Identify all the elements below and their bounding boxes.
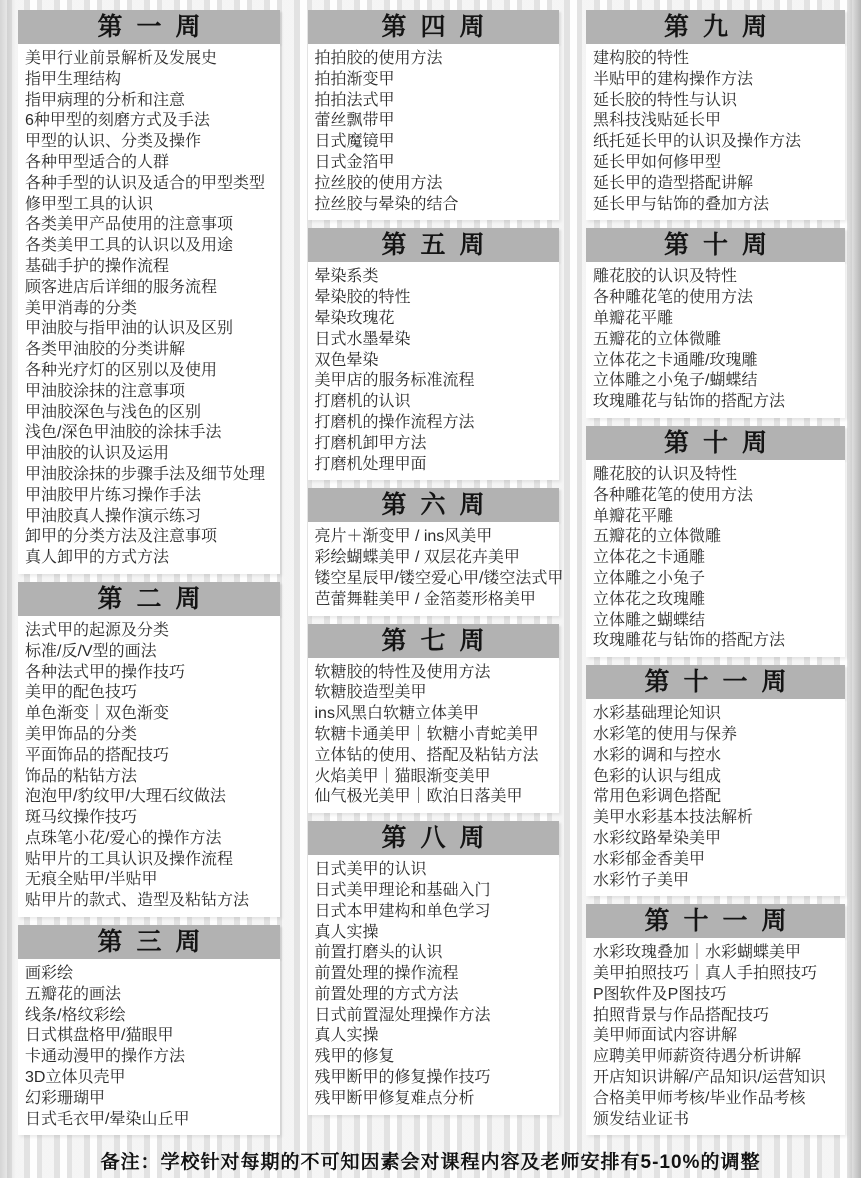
course-item: 真人卸甲的方式方法 [25,548,280,569]
course-item: 贴甲片的款式、造型及粘钻方法 [25,891,280,912]
course-item: 立体雕之蝴蝶结 [593,611,845,632]
course-item: 芭蕾舞鞋美甲 / 金箔菱形格美甲 [315,590,559,611]
course-item: 日式毛衣甲/晕染山丘甲 [25,1110,280,1131]
week-items: 雕花胶的认识及特性各种雕花笔的使用方法单瓣花平雕五瓣花的立体微雕立体花之卡通雕立… [586,460,845,657]
course-item: 双色晕染 [315,351,559,372]
course-item: 日式金箔甲 [315,153,559,174]
week-items: 拍拍胶的使用方法拍拍渐变甲拍拍法式甲蕾丝飘带甲日式魔镜甲日式金箔甲拉丝胶的使用方… [308,44,559,220]
course-item: 立体钻的使用、搭配及粘钻方法 [315,746,559,767]
course-item: 半贴甲的建构操作方法 [593,70,845,91]
course-item: 各种雕花笔的使用方法 [593,486,845,507]
course-item: 前置处理的方式方法 [315,985,559,1006]
course-item: 延长甲与钻饰的叠加方法 [593,195,845,216]
course-item: 美甲行业前景解析及发展史 [25,49,280,70]
course-item: 晕染玫瑰花 [315,309,559,330]
course-item: 各种光疗灯的区别以及使用 [25,361,280,382]
course-item: 美甲拍照技巧｜真人手拍照技巧 [593,964,845,985]
course-item: 打磨机处理甲面 [315,455,559,476]
column: 第一周美甲行业前景解析及发展史指甲生理结构指甲病理的分析和注意6种甲型的刻磨方式… [18,10,280,1143]
course-item: 各种雕花笔的使用方法 [593,288,845,309]
course-item: 单瓣花平雕 [593,507,845,528]
course-item: 甲油胶的认识及运用 [25,444,280,465]
week-header: 第八周 [308,821,559,855]
week-header: 第九周 [586,10,845,44]
footer-note: 备注：学校针对每期的不可知因素会对课程内容及老师安排有5-10%的调整 [0,1147,861,1174]
course-item: 指甲病理的分析和注意 [25,91,280,112]
course-item: 蕾丝飘带甲 [315,111,559,132]
course-item: 斑马纹操作技巧 [25,808,280,829]
course-item: 法式甲的起源及分类 [25,621,280,642]
column: 第九周建构胶的特性半贴甲的建构操作方法延长胶的特性与认识黑科技浅贴延长甲纸托延长… [586,10,845,1143]
course-item: 各种法式甲的操作技巧 [25,663,280,684]
course-item: 晕染系类 [315,267,559,288]
course-item: 美甲师面试内容讲解 [593,1026,845,1047]
course-item: 残甲断甲的修复操作技巧 [315,1068,559,1089]
course-item: 点珠笔小花/爱心的操作方法 [25,829,280,850]
course-item: 甲油胶甲片练习操作手法 [25,486,280,507]
course-item: 建构胶的特性 [593,49,845,70]
week-header: 第十周 [586,426,845,460]
course-item: 日式魔镜甲 [315,132,559,153]
course-item: 日式棋盘格甲/猫眼甲 [25,1026,280,1047]
course-item: 水彩的调和与控水 [593,746,845,767]
course-item: 残甲的修复 [315,1047,559,1068]
column: 第四周拍拍胶的使用方法拍拍渐变甲拍拍法式甲蕾丝飘带甲日式魔镜甲日式金箔甲拉丝胶的… [308,10,559,1143]
course-item: 合格美甲师考核/毕业作品考核 [593,1089,845,1110]
course-item: 软糖胶造型美甲 [315,683,559,704]
course-item: 日式美甲的认识 [315,860,559,881]
week-section: 第九周建构胶的特性半贴甲的建构操作方法延长胶的特性与认识黑科技浅贴延长甲纸托延长… [586,10,845,220]
course-item: 甲油胶真人操作演示练习 [25,507,280,528]
course-item: 泡泡甲/豹纹甲/大理石纹做法 [25,787,280,808]
columns-container: 第一周美甲行业前景解析及发展史指甲生理结构指甲病理的分析和注意6种甲型的刻磨方式… [18,10,845,1143]
course-item: 贴甲片的工具认识及操作流程 [25,850,280,871]
course-item: 水彩郁金香美甲 [593,850,845,871]
week-section: 第十周雕花胶的认识及特性各种雕花笔的使用方法单瓣花平雕五瓣花的立体微雕立体花之卡… [586,426,845,657]
course-item: 卸甲的分类方法及注意事项 [25,527,280,548]
week-header: 第三周 [18,925,280,959]
course-item: 拍拍渐变甲 [315,70,559,91]
week-items: 美甲行业前景解析及发展史指甲生理结构指甲病理的分析和注意6种甲型的刻磨方式及手法… [18,44,280,574]
course-item: 拍拍法式甲 [315,91,559,112]
course-item: 纸托延长甲的认识及操作方法 [593,132,845,153]
course-item: 指甲生理结构 [25,70,280,91]
course-item: ins风黑白软糖立体美甲 [315,704,559,725]
week-section: 第二周法式甲的起源及分类标准/反/V型的画法各种法式甲的操作技巧美甲的配色技巧单… [18,582,280,917]
course-item: 拍照背景与作品搭配技巧 [593,1006,845,1027]
course-item: 美甲店的服务标准流程 [315,371,559,392]
course-item: 3D立体贝壳甲 [25,1068,280,1089]
course-item: 各类美甲工具的认识以及用途 [25,236,280,257]
week-section: 第八周日式美甲的认识日式美甲理论和基础入门日式本甲建构和单色学习真人实操前置打磨… [308,821,559,1115]
course-item: 水彩基础理论知识 [593,704,845,725]
course-item: 平面饰品的搭配技巧 [25,746,280,767]
course-item: 立体花之卡通雕 [593,548,845,569]
course-item: 残甲断甲修复难点分析 [315,1089,559,1110]
course-item: 水彩纹路晕染美甲 [593,829,845,850]
course-item: 甲油胶与指甲油的认识及区别 [25,319,280,340]
course-item: 玫瑰雕花与钻饰的搭配方法 [593,631,845,652]
course-item: 顾客进店后详细的服务流程 [25,278,280,299]
course-item: 拍拍胶的使用方法 [315,49,559,70]
course-item: 美甲消毒的分类 [25,299,280,320]
course-item: 雕花胶的认识及特性 [593,267,845,288]
course-item: 亮片＋渐变甲 / ins风美甲 [315,527,559,548]
course-item: 软糖卡通美甲｜软糖小青蛇美甲 [315,725,559,746]
course-item: 五瓣花的立体微雕 [593,330,845,351]
week-items: 软糖胶的特性及使用方法软糖胶造型美甲ins风黑白软糖立体美甲软糖卡通美甲｜软糖小… [308,658,559,814]
course-item: 日式水墨晕染 [315,330,559,351]
week-items: 日式美甲的认识日式美甲理论和基础入门日式本甲建构和单色学习真人实操前置打磨头的认… [308,855,559,1115]
week-items: 建构胶的特性半贴甲的建构操作方法延长胶的特性与认识黑科技浅贴延长甲纸托延长甲的认… [586,44,845,220]
course-item: 真人实操 [315,1026,559,1047]
course-item: 颁发结业证书 [593,1110,845,1131]
course-item: 各种手型的认识及适合的甲型类型 [25,174,280,195]
week-header: 第四周 [308,10,559,44]
course-item: 开店知识讲解/产品知识/运营知识 [593,1068,845,1089]
course-item: 立体花之玫瑰雕 [593,590,845,611]
week-items: 水彩玫瑰叠加｜水彩蝴蝶美甲美甲拍照技巧｜真人手拍照技巧P图软件及P图技巧拍照背景… [586,938,845,1135]
course-item: 打磨机的认识 [315,392,559,413]
week-header: 第二周 [18,582,280,616]
course-item: 仙气极光美甲｜欧泊日落美甲 [315,787,559,808]
course-item: 甲油胶深色与浅色的区别 [25,403,280,424]
week-header: 第六周 [308,488,559,522]
course-item: 甲油胶涂抹的注意事项 [25,382,280,403]
week-header: 第十周 [586,228,845,262]
course-item: 打磨机的操作流程方法 [315,413,559,434]
course-item: 立体雕之小兔子 [593,569,845,590]
week-items: 雕花胶的认识及特性各种雕花笔的使用方法单瓣花平雕五瓣花的立体微雕立体花之卡通雕/… [586,262,845,418]
course-item: 甲型的认识、分类及操作 [25,132,280,153]
course-item: 美甲的配色技巧 [25,683,280,704]
course-item: 五瓣花的立体微雕 [593,527,845,548]
week-section: 第五周晕染系类晕染胶的特性晕染玫瑰花日式水墨晕染双色晕染美甲店的服务标准流程打磨… [308,228,559,480]
course-item: 水彩竹子美甲 [593,871,845,892]
course-item: 无痕全贴甲/半贴甲 [25,870,280,891]
course-item: 日式美甲理论和基础入门 [315,881,559,902]
course-item: 各类甲油胶的分类讲解 [25,340,280,361]
course-item: 真人实操 [315,923,559,944]
course-item: 饰品的粘钻方法 [25,767,280,788]
course-item: 日式本甲建构和单色学习 [315,902,559,923]
course-schedule-page: 第一周美甲行业前景解析及发展史指甲生理结构指甲病理的分析和注意6种甲型的刻磨方式… [0,0,861,1178]
course-item: 延长甲如何修甲型 [593,153,845,174]
week-section: 第十周雕花胶的认识及特性各种雕花笔的使用方法单瓣花平雕五瓣花的立体微雕立体花之卡… [586,228,845,418]
course-item: 前置处理的操作流程 [315,964,559,985]
week-section: 第三周画彩绘五瓣花的画法线条/格纹彩绘日式棋盘格甲/猫眼甲卡通动漫甲的操作方法3… [18,925,280,1135]
course-item: 卡通动漫甲的操作方法 [25,1047,280,1068]
course-item: 彩绘蝴蝶美甲 / 双层花卉美甲 [315,548,559,569]
course-item: 五瓣花的画法 [25,985,280,1006]
course-item: 美甲水彩基本技法解析 [593,808,845,829]
course-item: 6种甲型的刻磨方式及手法 [25,111,280,132]
week-section: 第一周美甲行业前景解析及发展史指甲生理结构指甲病理的分析和注意6种甲型的刻磨方式… [18,10,280,574]
course-item: 美甲饰品的分类 [25,725,280,746]
course-item: 前置打磨头的认识 [315,943,559,964]
course-item: 画彩绘 [25,964,280,985]
course-item: 各类美甲产品使用的注意事项 [25,215,280,236]
course-item: 标准/反/V型的画法 [25,642,280,663]
course-item: 晕染胶的特性 [315,288,559,309]
week-items: 晕染系类晕染胶的特性晕染玫瑰花日式水墨晕染双色晕染美甲店的服务标准流程打磨机的认… [308,262,559,480]
course-item: 色彩的认识与组成 [593,767,845,788]
course-item: 线条/格纹彩绘 [25,1006,280,1027]
week-header: 第七周 [308,624,559,658]
course-item: 各种甲型适合的人群 [25,153,280,174]
week-section: 第十一周水彩玫瑰叠加｜水彩蝴蝶美甲美甲拍照技巧｜真人手拍照技巧P图软件及P图技巧… [586,904,845,1135]
course-item: 单色渐变｜双色渐变 [25,704,280,725]
course-item: 立体雕之小兔子/蝴蝶结 [593,371,845,392]
course-item: 拉丝胶与晕染的结合 [315,195,559,216]
course-item: 日式前置湿处理操作方法 [315,1006,559,1027]
course-item: 延长甲的造型搭配讲解 [593,174,845,195]
week-items: 法式甲的起源及分类标准/反/V型的画法各种法式甲的操作技巧美甲的配色技巧单色渐变… [18,616,280,917]
course-item: 火焰美甲｜猫眼渐变美甲 [315,767,559,788]
course-item: 幻彩珊瑚甲 [25,1089,280,1110]
course-item: 水彩玫瑰叠加｜水彩蝴蝶美甲 [593,943,845,964]
week-section: 第七周软糖胶的特性及使用方法软糖胶造型美甲ins风黑白软糖立体美甲软糖卡通美甲｜… [308,624,559,814]
week-header: 第十一周 [586,904,845,938]
course-item: 水彩笔的使用与保养 [593,725,845,746]
week-section: 第四周拍拍胶的使用方法拍拍渐变甲拍拍法式甲蕾丝飘带甲日式魔镜甲日式金箔甲拉丝胶的… [308,10,559,220]
course-item: 拉丝胶的使用方法 [315,174,559,195]
week-header: 第五周 [308,228,559,262]
course-item: 黑科技浅贴延长甲 [593,111,845,132]
course-item: 雕花胶的认识及特性 [593,465,845,486]
course-item: P图软件及P图技巧 [593,985,845,1006]
week-items: 水彩基础理论知识水彩笔的使用与保养水彩的调和与控水色彩的认识与组成常用色彩调色搭… [586,699,845,896]
week-header: 第一周 [18,10,280,44]
week-items: 亮片＋渐变甲 / ins风美甲彩绘蝴蝶美甲 / 双层花卉美甲镂空星辰甲/镂空爱心… [308,522,559,615]
course-item: 甲油胶涂抹的步骤手法及细节处理 [25,465,280,486]
course-item: 浅色/深色甲油胶的涂抹手法 [25,423,280,444]
week-section: 第六周亮片＋渐变甲 / ins风美甲彩绘蝴蝶美甲 / 双层花卉美甲镂空星辰甲/镂… [308,488,559,615]
course-item: 常用色彩调色搭配 [593,787,845,808]
course-item: 软糖胶的特性及使用方法 [315,663,559,684]
week-section: 第十一周水彩基础理论知识水彩笔的使用与保养水彩的调和与控水色彩的认识与组成常用色… [586,665,845,896]
course-item: 应聘美甲师薪资待遇分析讲解 [593,1047,845,1068]
course-item: 立体花之卡通雕/玫瑰雕 [593,351,845,372]
course-item: 单瓣花平雕 [593,309,845,330]
course-item: 打磨机卸甲方法 [315,434,559,455]
course-item: 基础手护的操作流程 [25,257,280,278]
course-item: 玫瑰雕花与钻饰的搭配方法 [593,392,845,413]
course-item: 延长胶的特性与认识 [593,91,845,112]
course-item: 镂空星辰甲/镂空爱心甲/镂空法式甲 [315,569,559,590]
week-header: 第十一周 [586,665,845,699]
course-item: 修甲型工具的认识 [25,195,280,216]
week-items: 画彩绘五瓣花的画法线条/格纹彩绘日式棋盘格甲/猫眼甲卡通动漫甲的操作方法3D立体… [18,959,280,1135]
